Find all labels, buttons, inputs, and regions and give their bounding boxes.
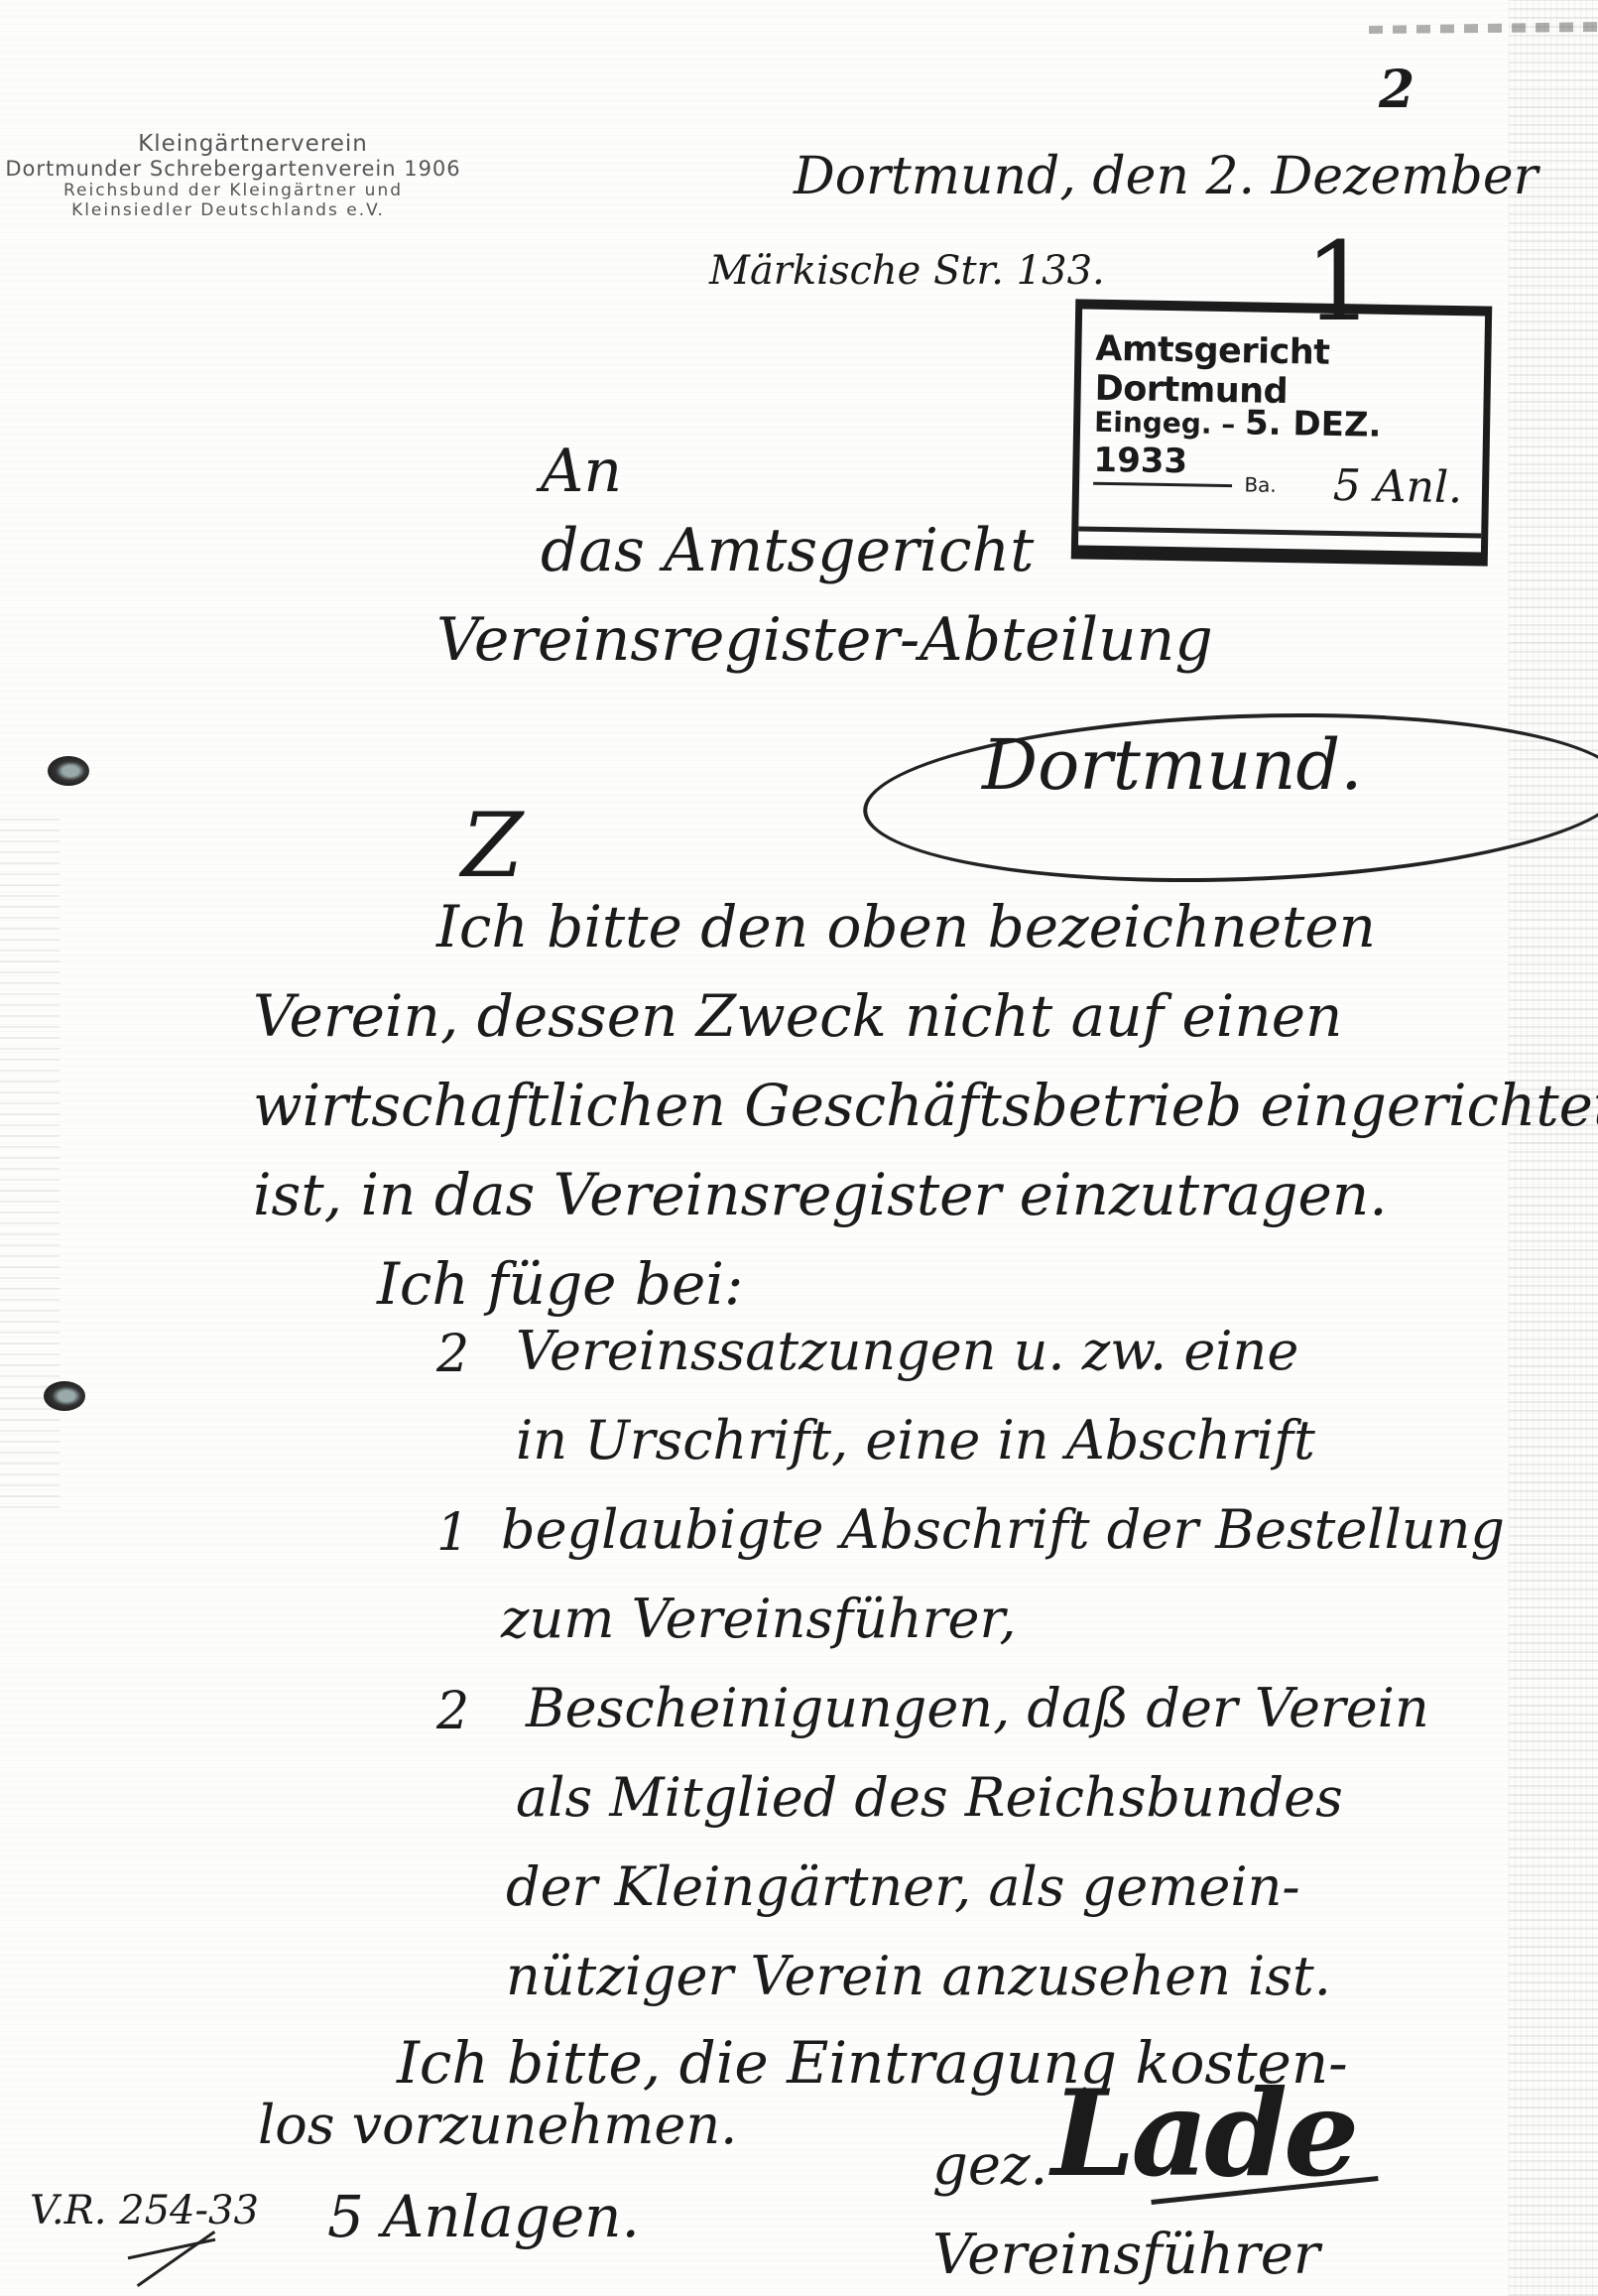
letterhead: Kleingärtnerverein Dortmunder Schreberga… xyxy=(0,131,466,220)
enclosure-item-line: beglaubigte Abschrift der Bestellung xyxy=(501,1498,1505,1561)
letterhead-line-3: Reichsbund der Kleingärtner und xyxy=(0,181,466,200)
file-number: V.R. 254-33 xyxy=(30,2188,259,2233)
stamp-attachments-note: 5 Anl. xyxy=(1332,460,1462,513)
address-salutation: An xyxy=(541,437,622,506)
stamp-received-label: Eingeg. – xyxy=(1094,406,1236,441)
enclosure-item-line: der Kleingärtner, als gemein- xyxy=(506,1855,1300,1918)
signatory-title: Vereinsführer xyxy=(932,2223,1320,2287)
enclosure-item-line: Vereinssatzungen u. zw. eine xyxy=(516,1320,1298,1382)
enclosure-item-line: als Mitglied des Reichsbundes xyxy=(516,1766,1343,1829)
court-receipt-stamp: Amtsgericht Dortmund Eingeg. – 5. DEZ. 1… xyxy=(1071,299,1493,566)
enclosure-item-line: nütziger Verein anzusehen ist. xyxy=(506,1945,1331,2007)
enclosure-item-line: Bescheinigungen, daß der Verein xyxy=(526,1677,1429,1739)
enclosure-item-line: zum Vereinsführer, xyxy=(501,1588,1017,1650)
file-number-strike xyxy=(137,2231,216,2287)
stamp-line-3: Ba. xyxy=(1093,470,1277,497)
body-line: Verein, dessen Zweck nicht auf einen xyxy=(253,982,1342,1050)
punch-hole-icon xyxy=(44,1381,85,1411)
address-line-1: das Amtsgericht xyxy=(541,516,1034,585)
margin-mark: Z xyxy=(461,794,524,898)
stamp-rule xyxy=(1093,482,1232,487)
enclosures-total: 5 Anlagen. xyxy=(327,2183,640,2250)
letterhead-line-1: Kleingärtnerverein xyxy=(40,131,466,157)
scan-noise-right xyxy=(1509,0,1598,2296)
enclosure-count: 1 xyxy=(436,1503,469,1563)
body-line: Ich füge bei: xyxy=(377,1250,743,1318)
document-page: Kleingärtnerverein Dortmunder Schreberga… xyxy=(0,0,1598,2296)
letterhead-line-4: Kleinsiedler Deutschlands e.V. xyxy=(0,200,466,220)
body-line: ist, in das Vereinsregister einzutragen. xyxy=(253,1161,1388,1228)
stamp-line-3-label: Ba. xyxy=(1244,472,1277,497)
punch-hole-icon xyxy=(48,756,89,786)
enclosure-item-line: in Urschrift, eine in Abschrift xyxy=(516,1409,1315,1471)
address-city: Dortmund. xyxy=(982,724,1362,806)
letterhead-line-2: Dortmunder Schrebergartenverein 1906 xyxy=(0,157,466,181)
closing-line-2: los vorzunehmen. xyxy=(258,2094,737,2156)
address-line-2: Vereinsregister-Abteilung xyxy=(436,605,1213,675)
place-date: Dortmund, den 2. Dezember xyxy=(794,147,1537,206)
body-line: Ich bitte den oben bezeichneten xyxy=(436,893,1376,960)
enclosure-count: 2 xyxy=(436,1682,469,1741)
enclosure-count: 2 xyxy=(436,1325,469,1384)
sender-street: Märkische Str. 133. xyxy=(709,248,1105,294)
stamp-inner-rule xyxy=(1078,526,1481,538)
signature-prefix: gez. xyxy=(932,2133,1047,2198)
body-line: wirtschaftlichen Geschäftsbetrieb einger… xyxy=(253,1072,1598,1139)
page-number: 2 xyxy=(1379,60,1414,120)
